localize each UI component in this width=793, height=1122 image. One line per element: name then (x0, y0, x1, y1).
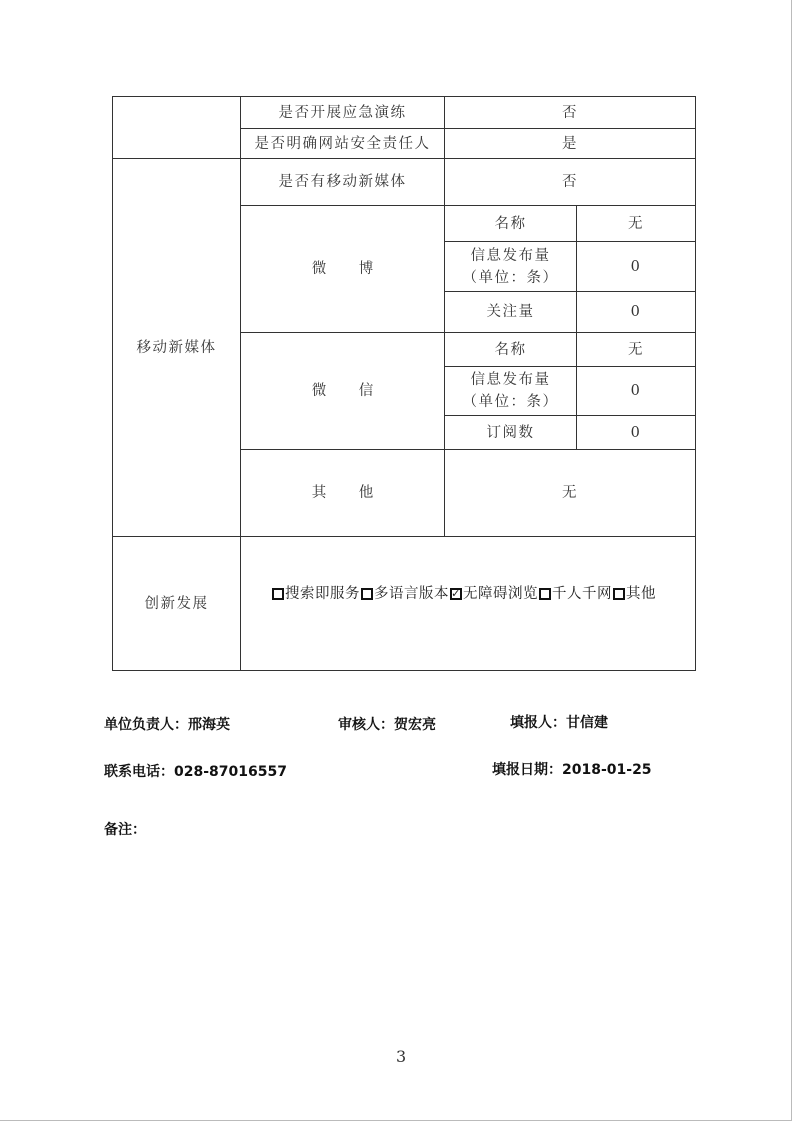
innovation-label: 创新发展 (112, 536, 241, 671)
innovation-options-cell: 搜索即服务 多语言版本 ✓ 无障碍浏览 千人千网 其他 (240, 536, 696, 671)
option-label: 多语言版本 (374, 583, 449, 605)
checkbox-accessibility-checked[interactable]: ✓ (450, 588, 462, 600)
option-label: 搜索即服务 (285, 583, 360, 605)
has-mobile-label: 是否有移动新媒体 (240, 158, 445, 206)
wechat-name-value: 无 (576, 332, 696, 367)
responsible-label: 是否明确网站安全责任人 (240, 128, 445, 159)
reviewer: 审核人：贺宏亮 (338, 714, 436, 734)
innovation-options: 搜索即服务 多语言版本 ✓ 无障碍浏览 千人千网 其他 (271, 583, 656, 605)
unit-head: 单位负责人：邢海英 (104, 714, 230, 734)
weibo-name-value: 无 (576, 205, 696, 242)
checkbox-search-service[interactable] (272, 588, 284, 600)
option-label: 千人千网 (552, 583, 612, 605)
wechat-posts-label: 信息发布量 （单位：条） (444, 366, 577, 416)
weibo-posts-value: 0 (576, 241, 696, 292)
weibo-posts-label-line1: 信息发布量 (471, 245, 551, 267)
option-label: 无障碍浏览 (463, 583, 538, 605)
option-label: 其他 (626, 583, 656, 605)
contact-phone: 联系电话：028-87016557 (104, 761, 287, 781)
weibo-label: 微 博 (240, 205, 445, 333)
weibo-posts-label-line2: （单位：条） (463, 267, 559, 289)
mobile-media-section-label: 移动新媒体 (112, 158, 241, 537)
checkbox-personalized[interactable] (539, 588, 551, 600)
wechat-label: 微 信 (240, 332, 445, 450)
other-media-value: 无 (444, 449, 696, 537)
wechat-posts-value: 0 (576, 366, 696, 416)
checkbox-multilingual[interactable] (361, 588, 373, 600)
remarks: 备注： (104, 819, 146, 839)
filler: 填报人：甘信建 (510, 712, 608, 732)
weibo-name-label: 名称 (444, 205, 577, 242)
drill-value: 否 (444, 96, 696, 129)
empty-category-cell (112, 96, 241, 159)
weibo-followers-label: 关注量 (444, 291, 577, 333)
drill-label: 是否开展应急演练 (240, 96, 445, 129)
weibo-posts-label: 信息发布量 （单位：条） (444, 241, 577, 292)
fill-date: 填报日期：2018-01-25 (492, 759, 652, 779)
wechat-subs-value: 0 (576, 415, 696, 450)
wechat-subs-label: 订阅数 (444, 415, 577, 450)
page-number: 3 (396, 1047, 406, 1066)
wechat-posts-label-line1: 信息发布量 (471, 369, 551, 391)
responsible-value: 是 (444, 128, 696, 159)
wechat-posts-label-line2: （单位：条） (463, 391, 559, 413)
weibo-followers-value: 0 (576, 291, 696, 333)
has-mobile-value: 否 (444, 158, 696, 206)
checkbox-other[interactable] (613, 588, 625, 600)
wechat-name-label: 名称 (444, 332, 577, 367)
other-media-label: 其 他 (240, 449, 445, 537)
